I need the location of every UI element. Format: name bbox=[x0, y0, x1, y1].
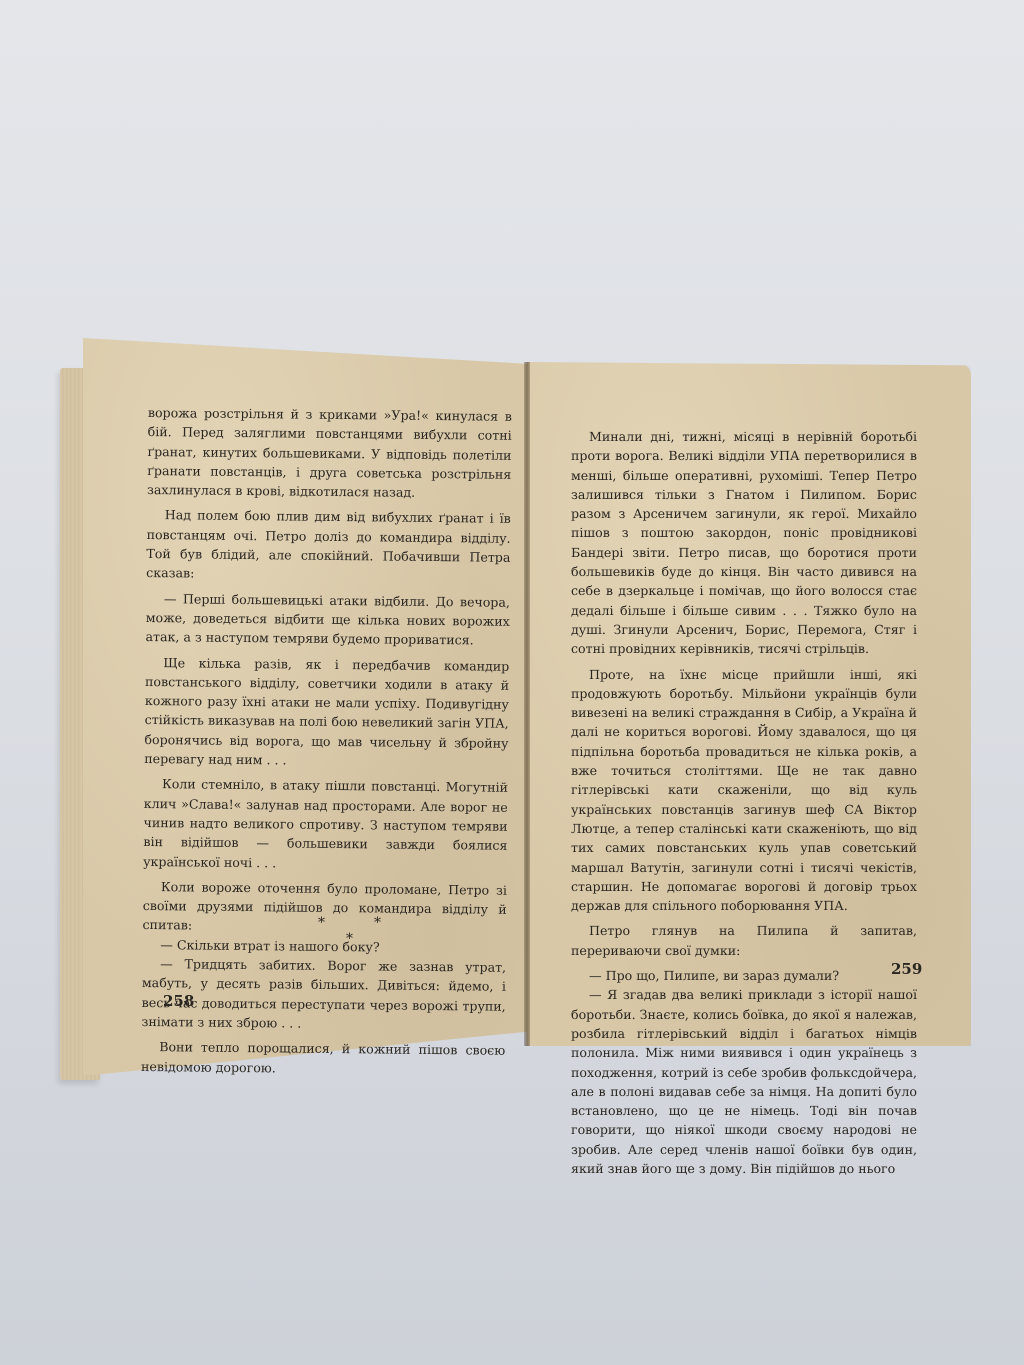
paragraph: — Про що, Пилипе, ви зараз думали? bbox=[571, 966, 917, 985]
asterisk: * bbox=[346, 931, 353, 947]
asterisk: * bbox=[318, 915, 325, 931]
paragraph: Петро глянув на Пилипа й запитав, перери… bbox=[571, 921, 917, 960]
open-book: ворожа розстрільня й з криками »Ура!« ки… bbox=[0, 0, 1024, 1365]
paragraph: Коли стемніло, в атаку пішли повстанці. … bbox=[143, 774, 508, 874]
paragraph: — Я згадав два великі приклади з історії… bbox=[571, 985, 917, 1178]
paragraph: Ще кілька разів, як і передбачив команди… bbox=[144, 653, 509, 773]
book-gutter bbox=[524, 362, 530, 1046]
left-page-text: ворожа розстрільня й з криками »Ура!« ки… bbox=[141, 403, 512, 1086]
right-page-text: Минали дні, тижні, місяці в нерівній бор… bbox=[571, 427, 917, 1178]
paragraph: Проте, на їхнє місце прийшли інші, які п… bbox=[571, 665, 917, 916]
paragraph: — Тридцять забитих. Ворог же зазнав утра… bbox=[141, 954, 506, 1035]
asterisk: * bbox=[374, 915, 381, 931]
paragraph: Минали дні, тижні, місяці в нерівній бор… bbox=[571, 427, 917, 659]
paragraph: Над полем бою плив дим від вибухлих ґран… bbox=[146, 505, 511, 586]
paragraph: Вони тепло порощалися, й кожний пішов св… bbox=[141, 1037, 505, 1079]
paragraph: — Перші большевицькі атаки відбили. До в… bbox=[145, 589, 510, 651]
paragraph: ворожа розстрільня й з криками »Ура!« ки… bbox=[147, 403, 512, 503]
page-number-left: 258 bbox=[163, 992, 194, 1010]
section-break: * * * bbox=[318, 915, 398, 945]
page-number-right: 259 bbox=[891, 960, 922, 978]
